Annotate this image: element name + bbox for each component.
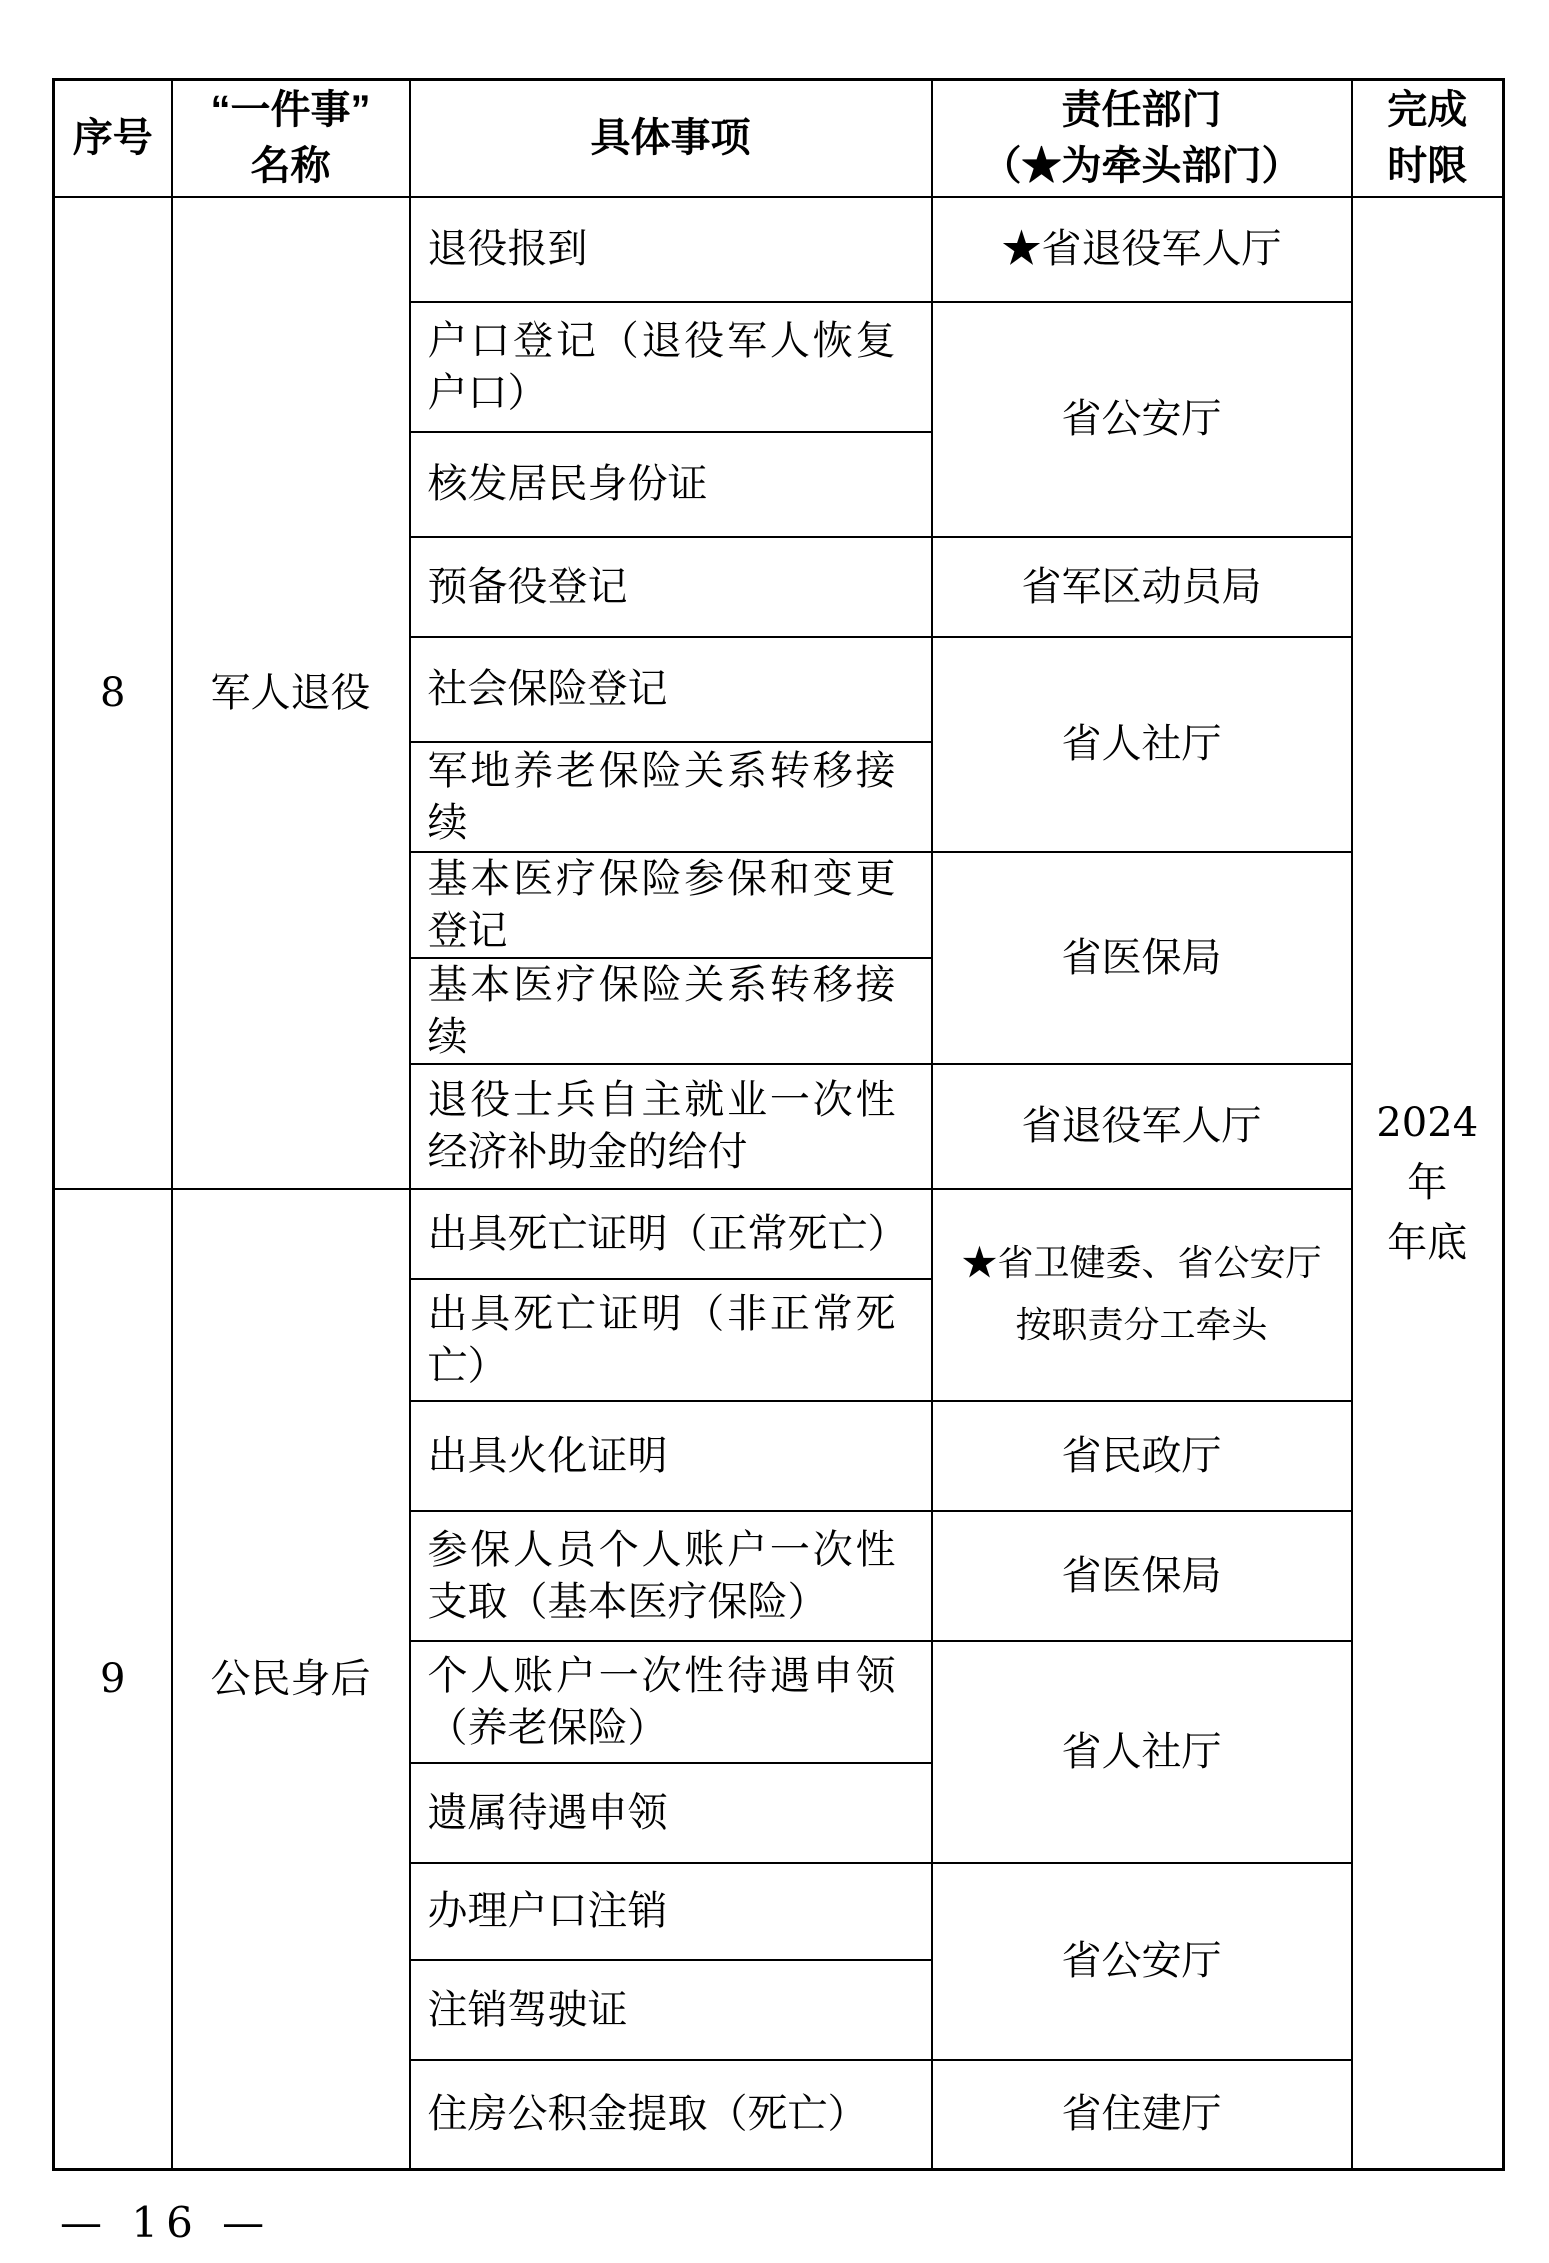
seq-cell-9: 9: [54, 1189, 172, 2170]
item-cell: 出具死亡证明（非正常死亡）: [410, 1279, 932, 1401]
col-header-deadline: 完成 时限: [1352, 80, 1504, 197]
dept-cell: 省民政厅: [932, 1401, 1352, 1511]
name-cell-group8: 军人退役: [172, 197, 410, 1189]
item-cell: 军地养老保险关系转移接续: [410, 742, 932, 852]
dept-cell: 省医保局: [932, 1511, 1352, 1641]
dept-cell: 省退役军人厅: [932, 1064, 1352, 1189]
item-cell: 退役报到: [410, 197, 932, 302]
dept-cell: 省人社厅: [932, 637, 1352, 852]
seq-cell-8: 8: [54, 197, 172, 1189]
dept-cell: 省人社厅: [932, 1641, 1352, 1863]
item-cell: 核发居民身份证: [410, 432, 932, 537]
table-header-row: 序号 “一件事” 名称 具体事项 责任部门 （★为牵头部门） 完成 时限: [54, 80, 1504, 197]
item-cell: 办理户口注销: [410, 1863, 932, 1960]
name-cell-group9: 公民身后: [172, 1189, 410, 2170]
document-page: 序号 “一件事” 名称 具体事项 责任部门 （★为牵头部门） 完成 时限 8 军…: [0, 0, 1549, 2263]
item-cell: 参保人员个人账户一次性支取（基本医疗保险）: [410, 1511, 932, 1641]
item-cell: 社会保险登记: [410, 637, 932, 742]
item-cell: 预备役登记: [410, 537, 932, 637]
dept-cell: ★省卫健委、省公安厅 按职责分工牵头: [932, 1189, 1352, 1401]
col-header-item: 具体事项: [410, 80, 932, 197]
col-header-name: “一件事” 名称: [172, 80, 410, 197]
dept-cell: 省医保局: [932, 852, 1352, 1064]
deadline-cell: 2024 年 年底: [1352, 197, 1504, 2170]
item-cell: 出具死亡证明（正常死亡）: [410, 1189, 932, 1279]
dept-cell: 省住建厅: [932, 2060, 1352, 2170]
col-header-dept: 责任部门 （★为牵头部门）: [932, 80, 1352, 197]
col-header-seq: 序号: [54, 80, 172, 197]
dept-cell: ★省退役军人厅: [932, 197, 1352, 302]
item-cell: 基本医疗保险参保和变更登记: [410, 852, 932, 958]
item-cell: 住房公积金提取（死亡）: [410, 2060, 932, 2170]
item-cell: 退役士兵自主就业一次性经济补助金的给付: [410, 1064, 932, 1189]
table-row: 9 公民身后 出具死亡证明（正常死亡） ★省卫健委、省公安厅 按职责分工牵头: [54, 1189, 1504, 1279]
dept-cell: 省公安厅: [932, 302, 1352, 537]
item-cell: 注销驾驶证: [410, 1960, 932, 2060]
one-thing-items-table: 序号 “一件事” 名称 具体事项 责任部门 （★为牵头部门） 完成 时限 8 军…: [52, 78, 1505, 2171]
item-cell: 遗属待遇申领: [410, 1763, 932, 1863]
item-cell: 个人账户一次性待遇申领（养老保险）: [410, 1641, 932, 1763]
page-number: — 16 —: [60, 2198, 272, 2247]
item-cell: 基本医疗保险关系转移接续: [410, 958, 932, 1064]
dept-cell: 省公安厅: [932, 1863, 1352, 2060]
table-row: 8 军人退役 退役报到 ★省退役军人厅 2024 年 年底: [54, 197, 1504, 302]
item-cell: 出具火化证明: [410, 1401, 932, 1511]
dept-cell: 省军区动员局: [932, 537, 1352, 637]
item-cell: 户口登记（退役军人恢复户口）: [410, 302, 932, 432]
